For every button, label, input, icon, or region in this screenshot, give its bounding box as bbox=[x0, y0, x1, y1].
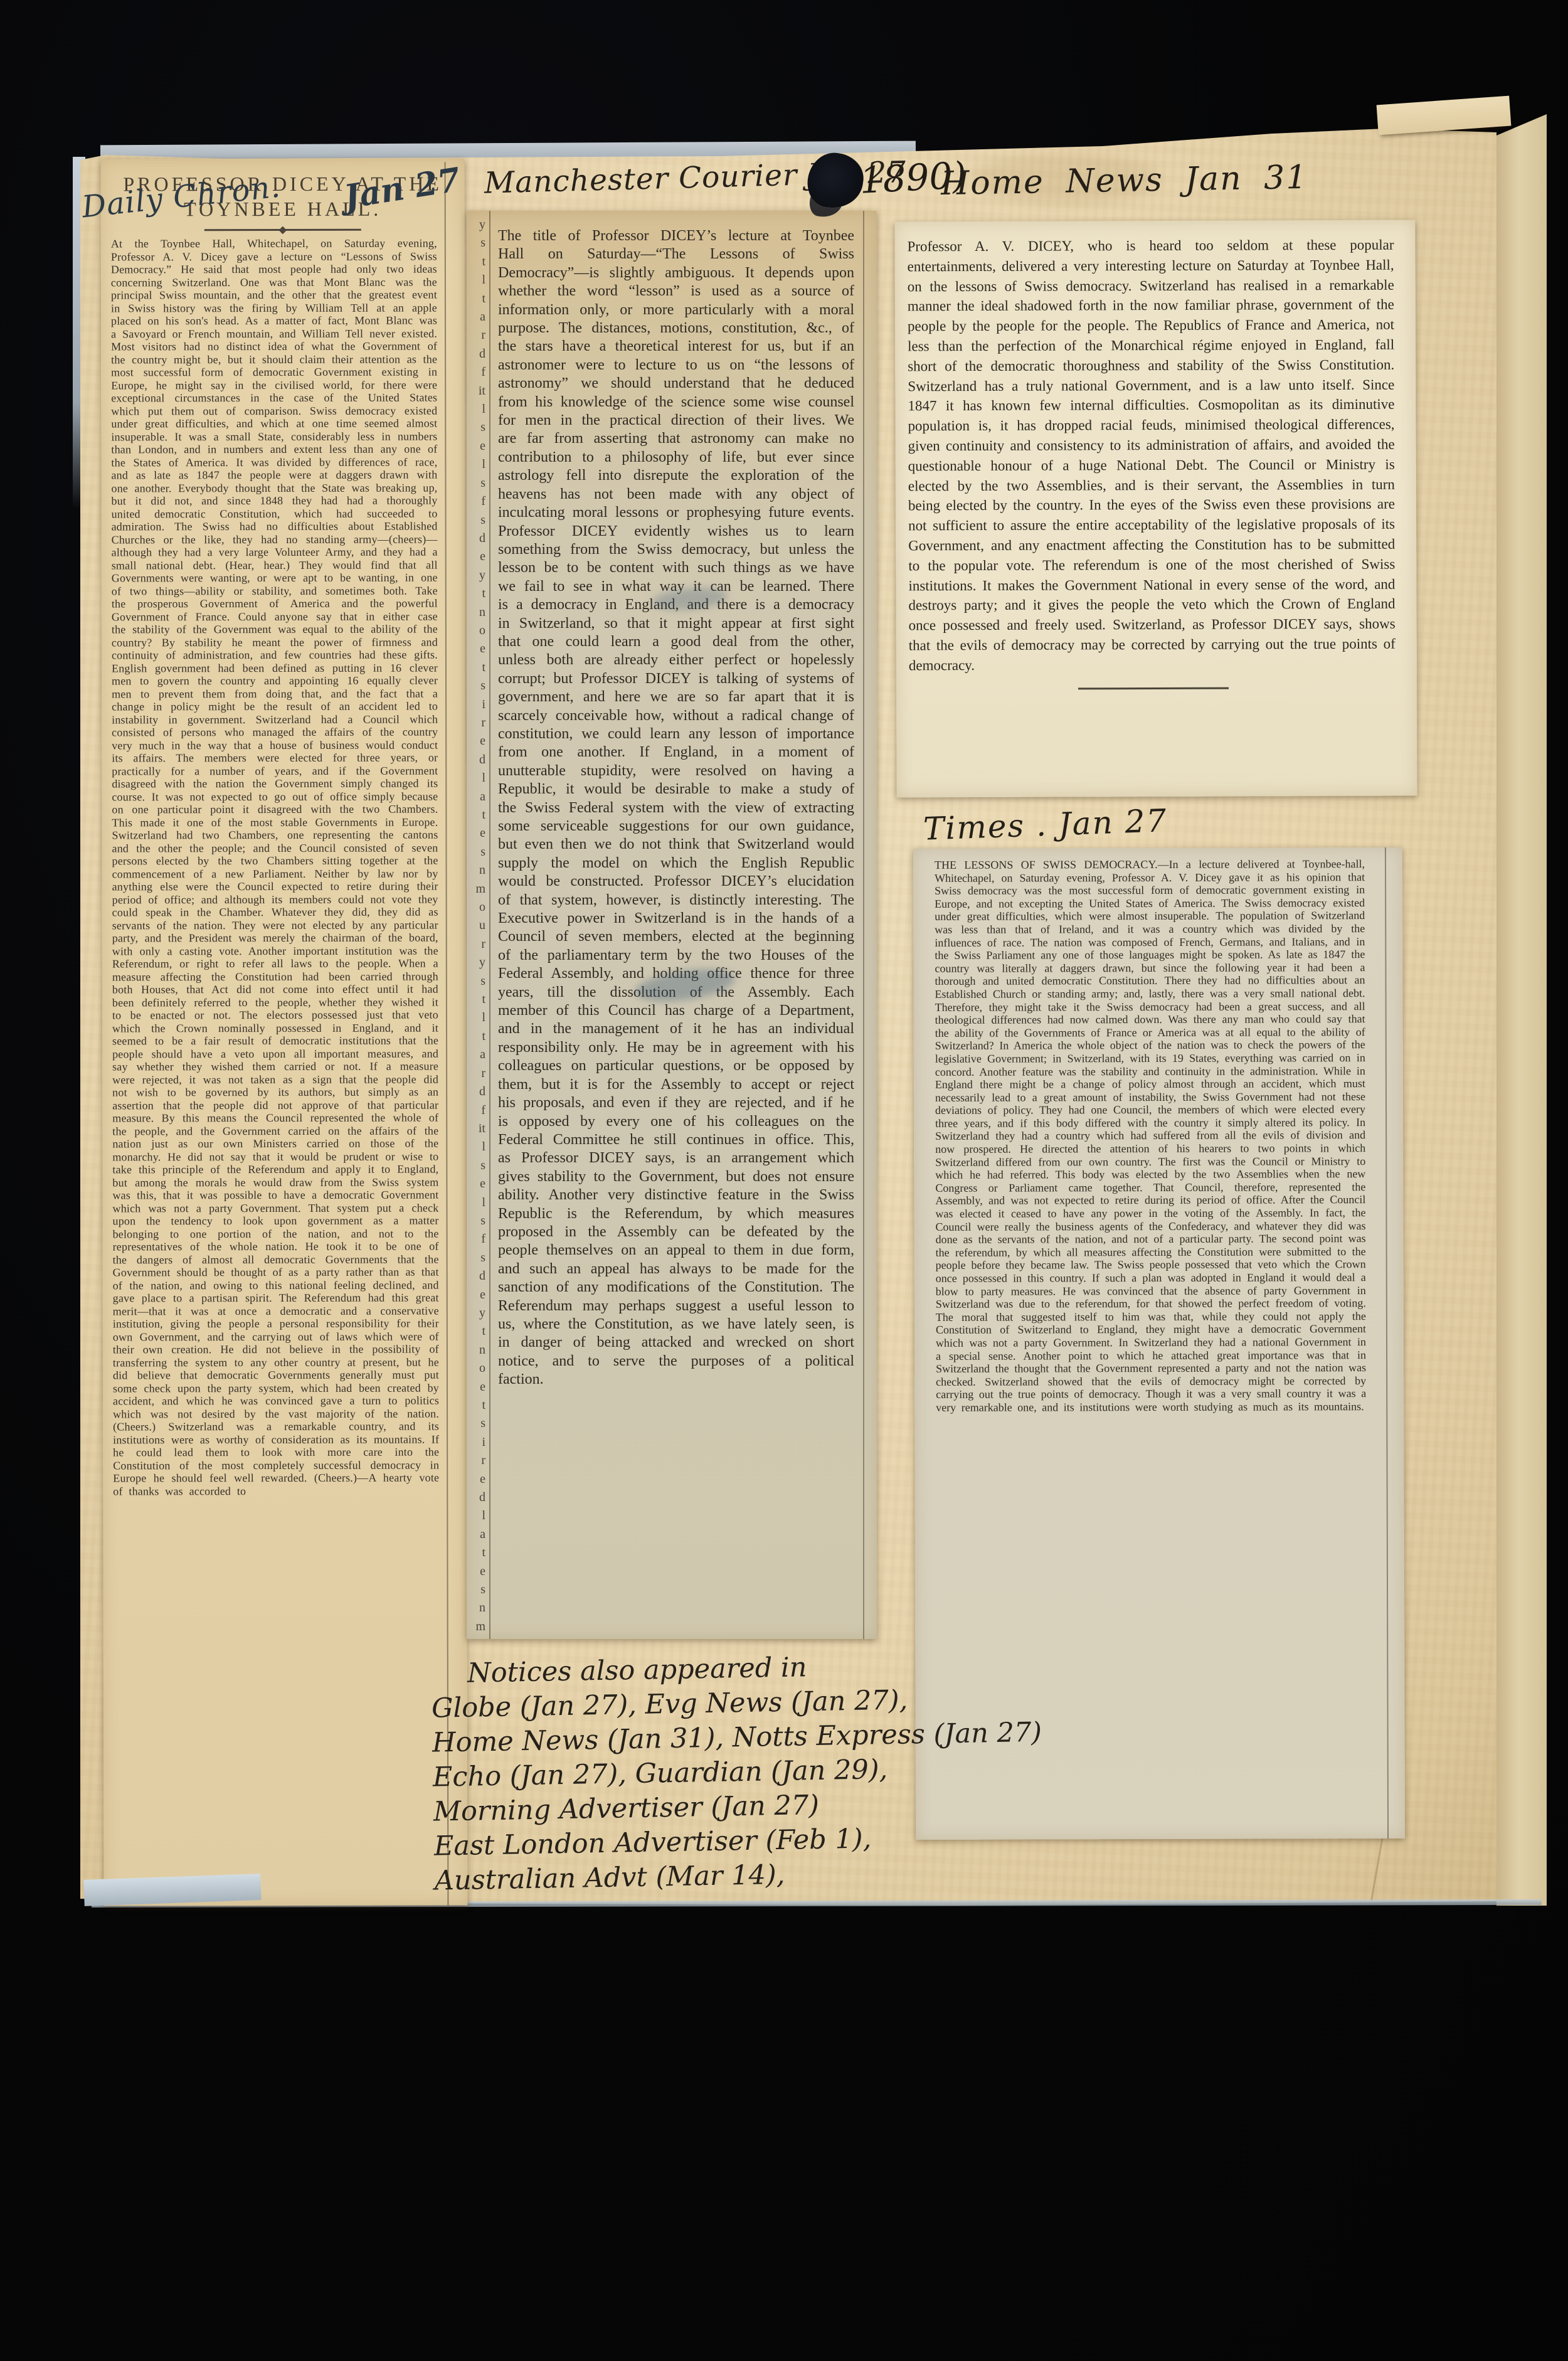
article-body-manchester-courier: The title of Professor DICEY’s lecture a… bbox=[498, 227, 854, 1389]
clipping-times: THE LESSONS OF SWISS DEMOCRACY.—In a lec… bbox=[913, 847, 1405, 1840]
column-rule bbox=[445, 162, 449, 1906]
article-body-home-news: Professor A. V. DICEY, who is heard too … bbox=[907, 235, 1395, 676]
underlying-page-edge-right bbox=[1496, 114, 1547, 1906]
cut-column-fragments: y s t l t a r d f it l s e l s f s d e y… bbox=[467, 216, 487, 1639]
annotation-home-news: Home News Jan 31 bbox=[941, 159, 1308, 203]
headline-rule-ornament bbox=[204, 229, 361, 231]
end-rule bbox=[1078, 687, 1229, 689]
clipping-home-news: Professor A. V. DICEY, who is heard too … bbox=[894, 220, 1417, 798]
clipping-manchester-courier: y s t l t a r d f it l s e l s f s d e y… bbox=[467, 211, 877, 1639]
article-body-times: THE LESSONS OF SWISS DEMOCRACY.—In a lec… bbox=[935, 857, 1366, 1414]
annotation-notices-list: Notices also appeared inGlobe (Jan 27), … bbox=[431, 1647, 987, 1898]
column-rule bbox=[489, 211, 490, 1639]
column-rule bbox=[1385, 847, 1389, 1838]
article-body-daily-chronicle: At the Toynbee Hall, Whitechapel, on Sat… bbox=[111, 237, 440, 1498]
torn-corner-strip bbox=[1377, 96, 1512, 135]
clipping-daily-chronicle: PROFESSOR DICEY AT THE TOYNBEE HALL. At … bbox=[101, 158, 468, 1906]
column-rule bbox=[863, 211, 864, 1639]
scrapbook-photo: { "annotations": { "daily_chron": "Daily… bbox=[0, 0, 1568, 2361]
